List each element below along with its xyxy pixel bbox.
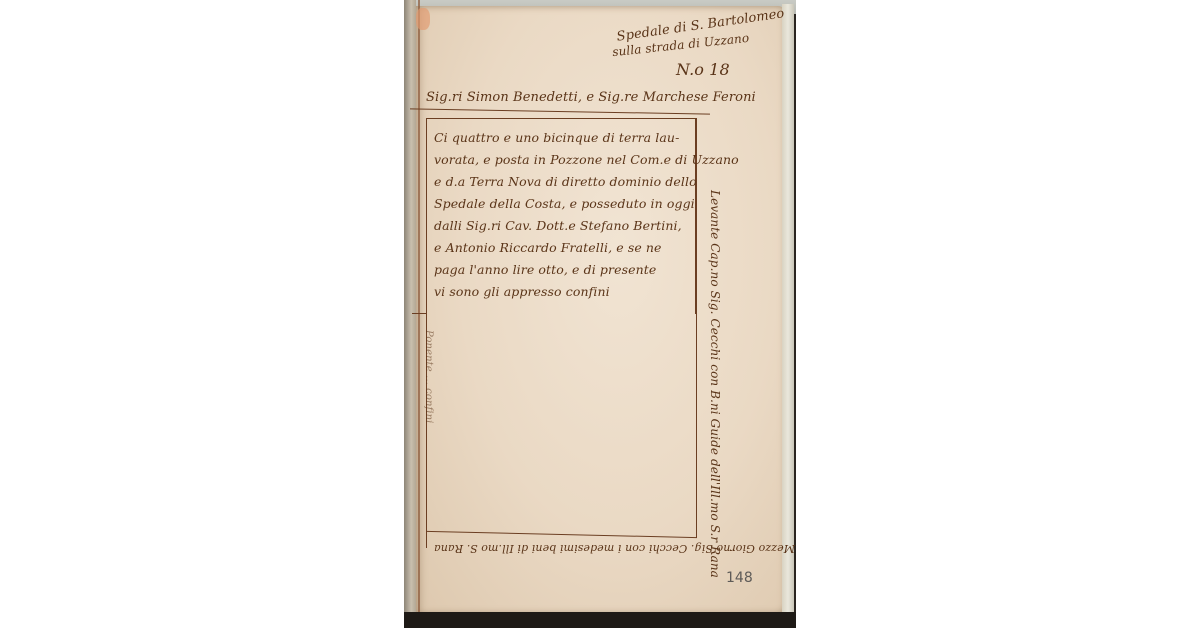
body-line-2: vorata, e posta in Pozzone nel Com.e di … bbox=[434, 152, 739, 167]
inner-frame-step bbox=[412, 313, 426, 314]
bottom-note: Mezzo Giorno Sig. Cecchi con i medesimi … bbox=[434, 542, 795, 555]
right-margin-note: Levante Cap.no Sig. Cecchi con B.ni Guid… bbox=[708, 190, 722, 578]
page-number: 148 bbox=[726, 570, 753, 586]
body-line-3: e d.a Terra Nova di diretto dominio dell… bbox=[434, 174, 697, 189]
body-line-7: paga l'anno lire otto, e di presente bbox=[434, 262, 656, 277]
owners-line-text: Sig.ri Simon Benedetti, e Sig.re Marches… bbox=[426, 90, 756, 105]
body-line-1: Ci quattro e uno bicinque di terra lau- bbox=[434, 130, 679, 145]
left-margin-note: Ponente ... confini bbox=[423, 330, 434, 423]
book-spine bbox=[404, 0, 416, 628]
body-line-4: Spedale della Costa, e posseduto in oggi bbox=[434, 196, 695, 211]
page-edges bbox=[782, 4, 794, 614]
manuscript-scan: Spedale di S. Bartolomeo sulla strada di… bbox=[404, 0, 796, 628]
bottom-shadow bbox=[404, 612, 796, 628]
body-line-6: e Antonio Riccardo Fratelli, e se ne bbox=[434, 240, 662, 255]
gutter-rule bbox=[418, 0, 420, 628]
body-line-5: dalli Sig.ri Cav. Dott.e Stefano Bertini… bbox=[434, 218, 682, 233]
body-line-8: vi sono gli appresso confini bbox=[434, 284, 610, 299]
wax-stain bbox=[416, 8, 430, 30]
header-number: N.o 18 bbox=[676, 60, 730, 79]
